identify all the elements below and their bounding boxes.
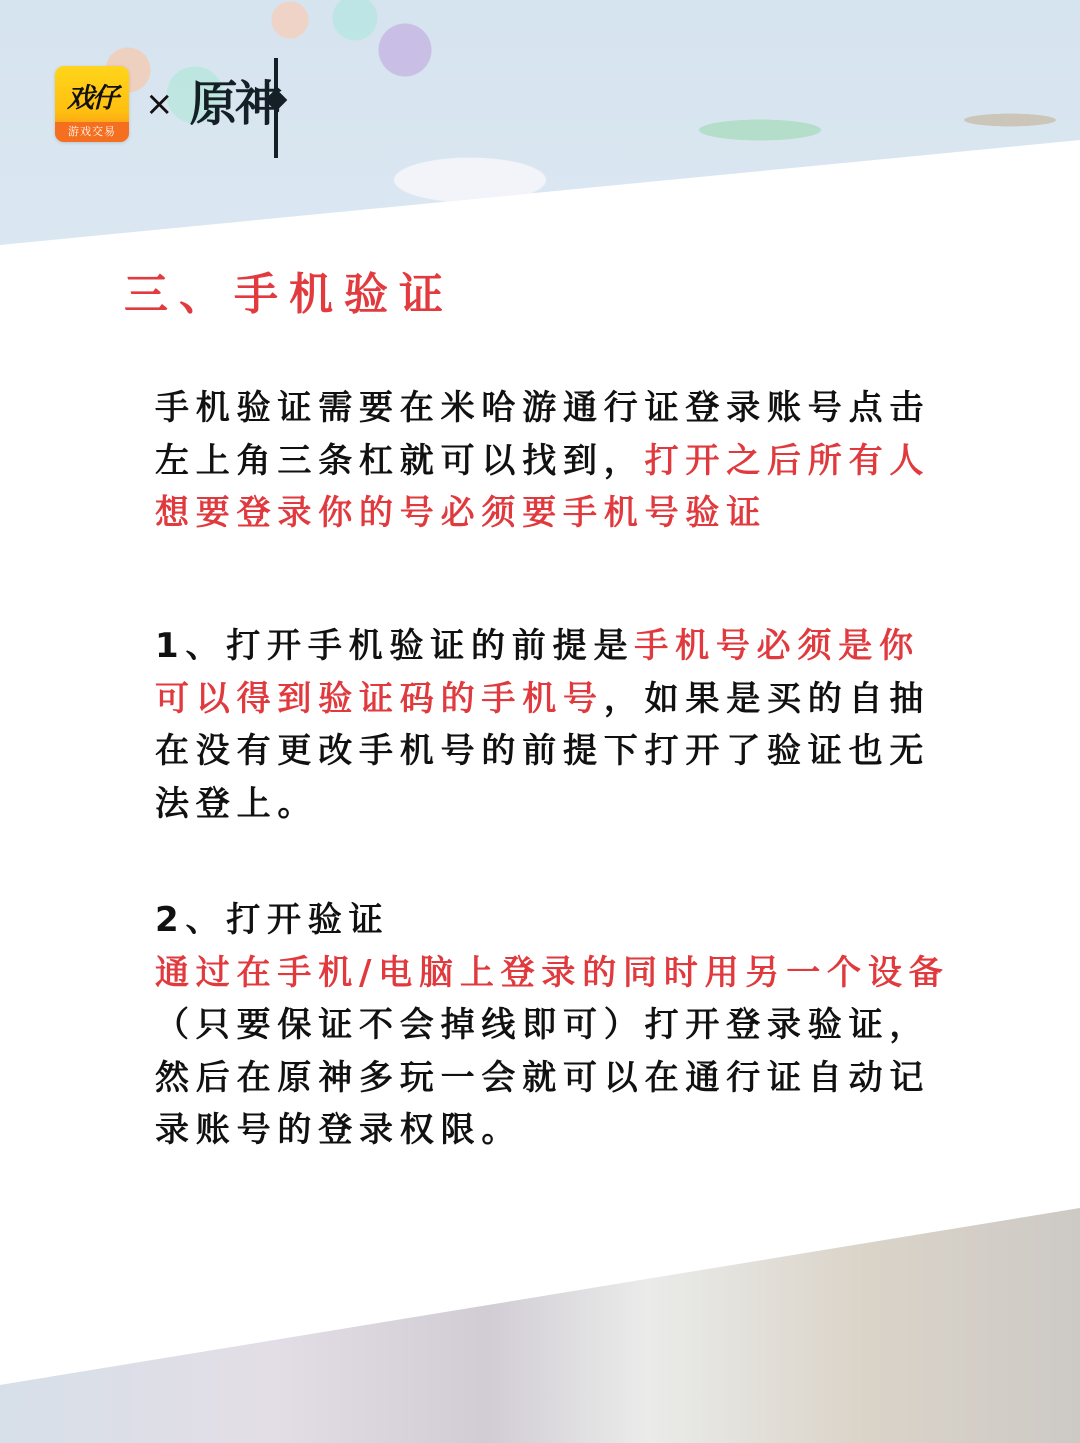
point-2-paragraph: 2、打开验证通过在手机/电脑上登录的同时用另一个设备（只要保证不会掉线即可）打开… [155, 894, 955, 1157]
intro-paragraph: 手机验证需要在米哈游通行证登录账号点击左上角三条杠就可以找到，打开之后所有人想要… [155, 382, 955, 540]
app-logo-text: 戏仔 [55, 76, 129, 115]
point-2-highlight: 通过在手机/电脑上登录的同时用另一个设备 [155, 953, 949, 993]
game-logo: 原神 [190, 80, 280, 128]
game-logo-text: 原神 [190, 76, 280, 132]
app-logo-subtitle: 游戏交易 [55, 122, 129, 142]
app-logo: 戏仔 游戏交易 [55, 66, 129, 142]
point-1-text-a: 1、打开手机验证的前提是 [155, 626, 634, 666]
brand-header: 戏仔 游戏交易 × 原神 [55, 66, 280, 142]
point-2-heading: 2、打开验证 [155, 900, 389, 940]
section-title: 三、手机验证 [124, 258, 454, 322]
collab-cross-icon: × [145, 84, 174, 124]
point-2-text: （只要保证不会掉线即可）打开登录验证，然后在原神多玩一会就可以在通行证自动记录账… [155, 1005, 930, 1150]
footer-background-art [0, 1200, 1080, 1443]
point-1-paragraph: 1、打开手机验证的前提是手机号必须是你可以得到验证码的手机号，如果是买的自抽在没… [155, 620, 955, 830]
